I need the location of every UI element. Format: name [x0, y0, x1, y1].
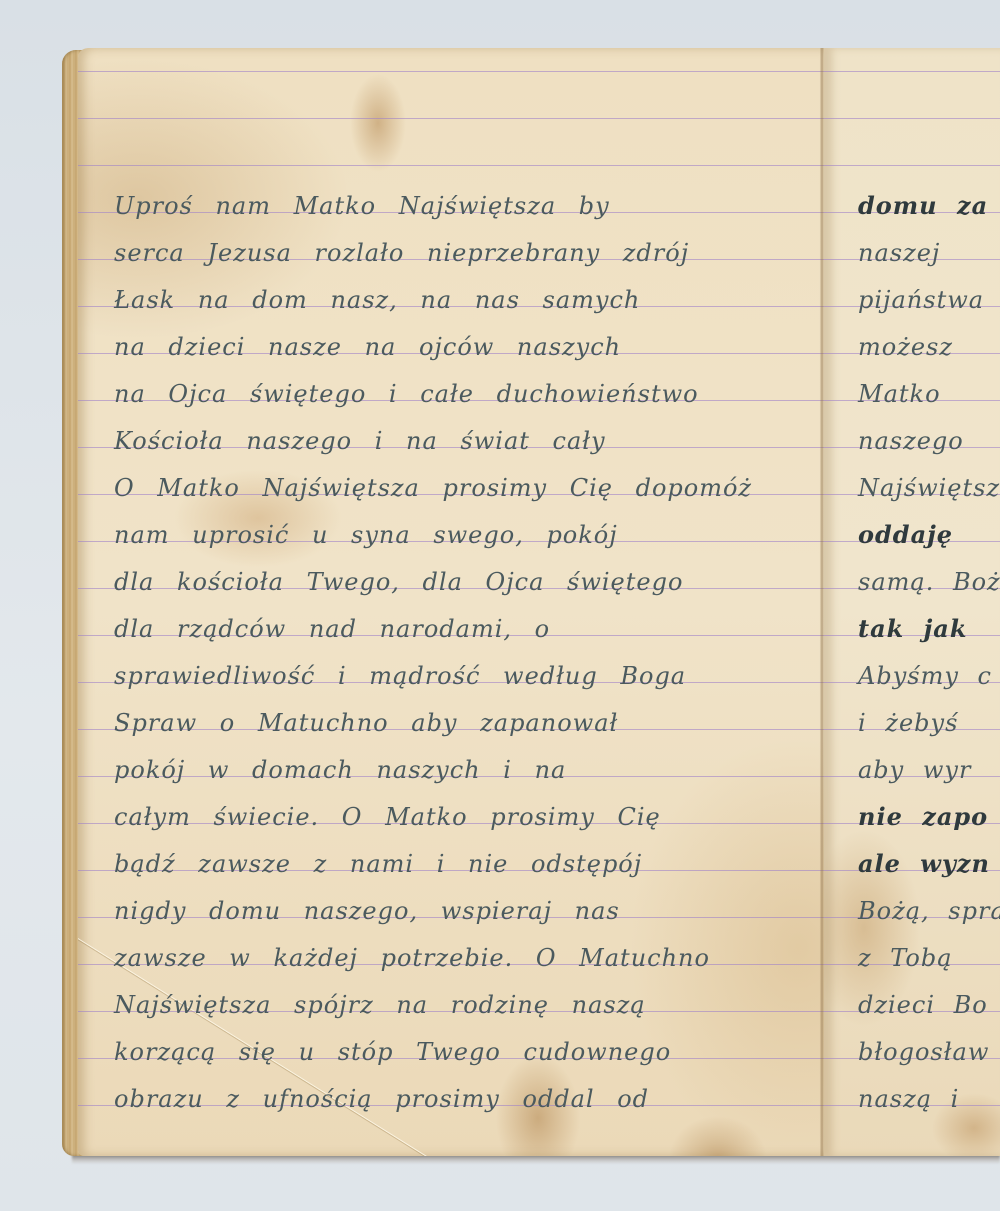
text-line: domu za	[858, 191, 988, 221]
text-line: błogosław	[858, 1037, 989, 1067]
text-line: serca Jezusa rozlało nieprzebrany zdrój	[114, 238, 689, 268]
ruled-line	[824, 71, 1000, 72]
text-line: zawsze w każdej potrzebie. O Matuchno	[114, 943, 710, 973]
text-line: i żebyś	[858, 708, 958, 738]
text-line: całym świecie. O Matko prosimy Cię	[114, 802, 661, 832]
text-line: Uproś nam Matko Najświętsza by	[114, 191, 610, 221]
text-line: dla rządców nad narodami, o	[114, 614, 550, 644]
ruled-line	[824, 118, 1000, 119]
text-line: naszej	[858, 238, 940, 268]
text-line: aby wyr	[858, 755, 971, 785]
text-line: pokój w domach naszych i na	[114, 755, 566, 785]
right-page: domu za naszej pijaństwa możesz Matko na…	[824, 48, 1000, 1156]
text-line: O Matko Najświętsza prosimy Cię dopomóż	[114, 473, 752, 503]
ruled-line	[78, 71, 824, 72]
text-line: sprawiedliwość i mądrość według Boga	[114, 661, 686, 691]
text-line: obrazu z ufnością prosimy oddal od	[114, 1084, 649, 1114]
ruled-line	[824, 165, 1000, 166]
text-line: Spraw o Matuchno aby zapanował	[114, 708, 618, 738]
text-line: na Ojca świętego i całe duchowieństwo	[114, 379, 699, 409]
text-line: samą. Boż	[858, 567, 1000, 597]
text-line: na dzieci nasze na ojców naszych	[114, 332, 621, 362]
text-line: dzieci Bo	[858, 990, 988, 1020]
text-line: Bożą, spra	[858, 896, 1000, 926]
left-page: Uproś nam Matko Najświętsza by serca Jez…	[78, 48, 824, 1156]
text-line: Kościoła naszego i na świat cały	[114, 426, 606, 456]
text-line: nigdy domu naszego, wspieraj nas	[114, 896, 620, 926]
text-line: naszego	[858, 426, 964, 456]
text-line: tak jak	[858, 614, 967, 644]
text-line: oddaję	[858, 520, 953, 550]
ruled-line	[78, 165, 824, 166]
text-line: ale wyzn	[858, 849, 990, 879]
text-line: bądź zawsze z nami i nie odstępój	[114, 849, 642, 879]
text-line: Matko	[858, 379, 941, 409]
text-line: nie zapo	[858, 802, 988, 832]
text-line: naszą i	[858, 1084, 959, 1114]
text-line: korzącą się u stóp Twego cudownego	[114, 1037, 671, 1067]
text-line: nam uprosić u syna swego, pokój	[114, 520, 618, 550]
ruled-line	[78, 118, 824, 119]
text-line: Najświętsza	[858, 473, 1000, 503]
text-line: Łask na dom nasz, na nas samych	[114, 285, 640, 315]
text-line: możesz	[858, 332, 953, 362]
text-line: dla kościoła Twego, dla Ojca świętego	[114, 567, 683, 597]
text-line: z Tobą	[858, 943, 953, 973]
text-line: Abyśmy c	[858, 661, 992, 691]
text-line: pijaństwa	[858, 285, 984, 315]
text-line: Najświętsza spójrz na rodzinę naszą	[114, 990, 646, 1020]
